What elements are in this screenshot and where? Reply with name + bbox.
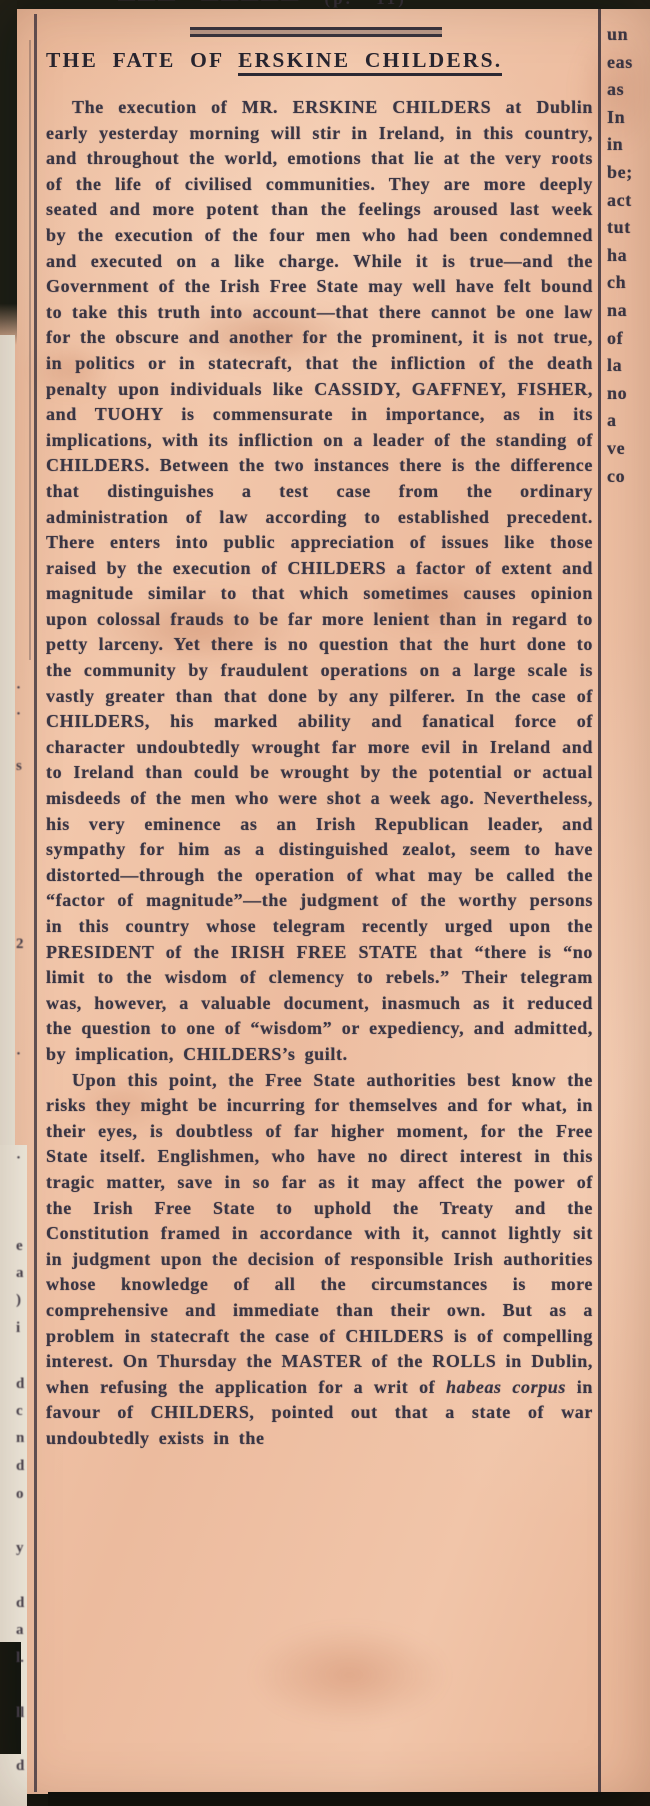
adjacent-column-fragment: co bbox=[607, 466, 625, 487]
adjacent-column-fragment: ch bbox=[607, 272, 626, 293]
adjacent-column-fragment: na bbox=[607, 300, 627, 321]
adjacent-column-fragment: un bbox=[607, 24, 628, 45]
left-margin-fragment: l. bbox=[16, 1650, 24, 1667]
adjacent-column-fragment: be; bbox=[607, 162, 633, 183]
left-margin-fragment: i bbox=[16, 1320, 20, 1337]
adjacent-column-fragment: in bbox=[607, 134, 623, 155]
clipped-running-head: ——— ————— (p. 11) bbox=[118, 0, 518, 11]
paragraph-2-text: Upon this point, the Free State authorit… bbox=[46, 1070, 593, 1397]
article-paragraph-2: Upon this point, the Free State authorit… bbox=[46, 1068, 593, 1452]
headline-separator-rule bbox=[190, 27, 442, 37]
left-margin-fragment: ll bbox=[16, 1705, 24, 1722]
left-margin-fragment: d bbox=[16, 1458, 24, 1475]
left-margin-fragment: 2 bbox=[16, 936, 24, 953]
paragraph-2-latin-phrase: habeas corpus bbox=[446, 1377, 566, 1397]
article-paragraph-1: The execution of MR. ERSKINE CHILDERS at… bbox=[46, 95, 593, 1068]
left-margin-fragment: y bbox=[16, 1540, 24, 1557]
left-margin-fragment: d bbox=[16, 1758, 24, 1775]
scan-shadow-top-left bbox=[0, 0, 17, 345]
left-margin-fragment: · bbox=[16, 706, 21, 723]
left-margin-fragment: ) bbox=[16, 1292, 21, 1309]
left-margin-fragment: d bbox=[16, 1376, 24, 1393]
left-margin-fragment: · bbox=[16, 1046, 21, 1063]
article-body-column: The execution of MR. ERSKINE CHILDERS at… bbox=[46, 95, 593, 1800]
headline-underlined-name: ERSKINE CHILDERS. bbox=[238, 48, 502, 76]
left-margin-fragment: a bbox=[16, 1265, 24, 1282]
adjacent-column-fragment: act bbox=[607, 190, 632, 211]
article-headline: THE FATE OF ERSKINE CHILDERS. bbox=[46, 48, 594, 73]
left-margin-fragment: · bbox=[16, 680, 21, 697]
left-margin-fragment: o bbox=[16, 1486, 24, 1503]
adjacent-column-fragment: ha bbox=[607, 245, 627, 266]
left-margin-fragments: ··s2··ea)idcndoydal.lld bbox=[16, 0, 36, 1806]
adjacent-column-fragment: as bbox=[607, 79, 624, 100]
headline-prefix: THE FATE OF bbox=[46, 48, 238, 72]
adjacent-column-fragment: of bbox=[607, 328, 623, 349]
left-margin-fragment: s bbox=[16, 758, 22, 775]
left-margin-fragment: · bbox=[16, 1150, 21, 1167]
adjacent-column-fragment: In bbox=[607, 107, 625, 128]
adjacent-column-fragment: ve bbox=[607, 438, 625, 459]
adjacent-column-fragment: la bbox=[607, 355, 622, 376]
left-margin-fragment: a bbox=[16, 1622, 24, 1639]
left-margin-fragment: d bbox=[16, 1595, 24, 1612]
column-rule-right bbox=[598, 9, 601, 1792]
adjacent-column-fragments: uneasasIninbe;acttuthachnaoflanoaveco bbox=[607, 0, 650, 540]
adjacent-column-fragment: tut bbox=[607, 217, 631, 238]
clipped-running-head-text: ——— ————— (p. 11) bbox=[118, 0, 407, 9]
left-margin-fragment: n bbox=[16, 1430, 24, 1447]
newspaper-scan: ——— ————— (p. 11) THE FATE OF ERSKINE CH… bbox=[0, 0, 650, 1806]
adjacent-column-fragment: eas bbox=[607, 52, 633, 73]
left-margin-fragment: e bbox=[16, 1238, 23, 1255]
adjacent-column-fragment: no bbox=[607, 383, 627, 404]
adjacent-column-fragment: a bbox=[607, 410, 617, 431]
left-margin-fragment: c bbox=[16, 1403, 23, 1420]
